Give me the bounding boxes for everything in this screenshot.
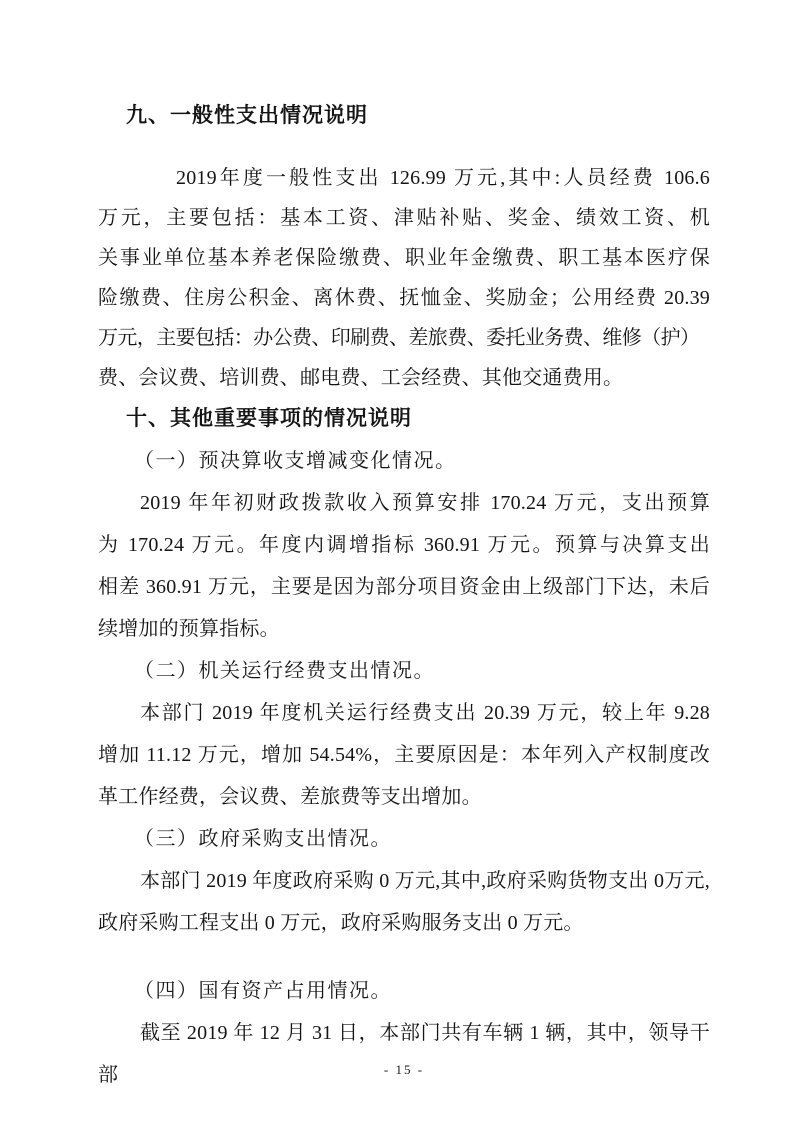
doc-line: 2019年度一般性支出 126.99 万元,其中:人员经费 106.6 <box>98 158 710 198</box>
section-10-heading: 十、其他重要事项的情况说明 <box>126 398 710 440</box>
doc-line: 本部门 2019 年度机关运行经费支出 20.39 万元，较上年 9.28 <box>98 692 710 734</box>
subsection-1-title: （一）预决算收支增减变化情况。 <box>98 440 710 482</box>
doc-line: 费、会议费、培训费、邮电费、工会经费、其他交通费用。 <box>98 358 710 398</box>
document-page: 九、一般性支出情况说明 2019年度一般性支出 126.99 万元,其中:人员经… <box>0 0 793 1122</box>
doc-line: 万元，主要包括：办公费、印刷费、差旅费、委托业务费、维修（护） <box>98 318 710 358</box>
section-9-paragraph: 2019年度一般性支出 126.99 万元,其中:人员经费 106.6 万元，主… <box>98 158 710 398</box>
doc-line: 为 170.24 万元。年度内调增指标 360.91 万元。预算与决算支出 <box>98 524 710 566</box>
page-number: - 15 - <box>98 1062 710 1078</box>
doc-line: 险缴费、住房公积金、离休费、抚恤金、奖励金；公用经费 20.39 <box>98 278 710 318</box>
subsection-4: （四）国有资产占用情况。 截至 2019 年 12 月 31 日，本部门共有车辆… <box>98 970 710 1054</box>
subsection-3: （三）政府采购支出情况。 本部门 2019 年度政府采购 0 万元,其中,政府采… <box>98 818 710 944</box>
doc-line: 革工作经费，会议费、差旅费等支出增加。 <box>98 776 710 818</box>
section-9-heading: 九、一般性支出情况说明 <box>126 96 710 136</box>
doc-line: 关事业单位基本养老保险缴费、职业年金缴费、职工基本医疗保 <box>98 238 710 278</box>
subsection-3-title: （三）政府采购支出情况。 <box>98 818 710 860</box>
doc-line: 政府采购工程支出 0 万元，政府采购服务支出 0 万元。 <box>98 902 710 944</box>
doc-line: 万元，主要包括：基本工资、津贴补贴、奖金、绩效工资、机 <box>98 198 710 238</box>
doc-line: 2019 年年初财政拨款收入预算安排 170.24 万元，支出预算 <box>98 482 710 524</box>
doc-line: 相差 360.91 万元，主要是因为部分项目资金由上级部门下达，未后 <box>98 566 710 608</box>
doc-line: 续增加的预算指标。 <box>98 608 710 650</box>
subsection-2-title: （二）机关运行经费支出情况。 <box>98 650 710 692</box>
doc-line: 增加 11.12 万元，增加 54.54%，主要原因是：本年列入产权制度改 <box>98 734 710 776</box>
subsection-4-title: （四）国有资产占用情况。 <box>98 970 710 1012</box>
subsection-1: （一）预决算收支增减变化情况。 2019 年年初财政拨款收入预算安排 170.2… <box>98 440 710 650</box>
doc-line: 截至 2019 年 12 月 31 日，本部门共有车辆 1 辆，其中，领导干部 <box>98 1012 710 1054</box>
doc-line: 本部门 2019 年度政府采购 0 万元,其中,政府采购货物支出 0万元, <box>98 860 710 902</box>
subsection-2: （二）机关运行经费支出情况。 本部门 2019 年度机关运行经费支出 20.39… <box>98 650 710 818</box>
